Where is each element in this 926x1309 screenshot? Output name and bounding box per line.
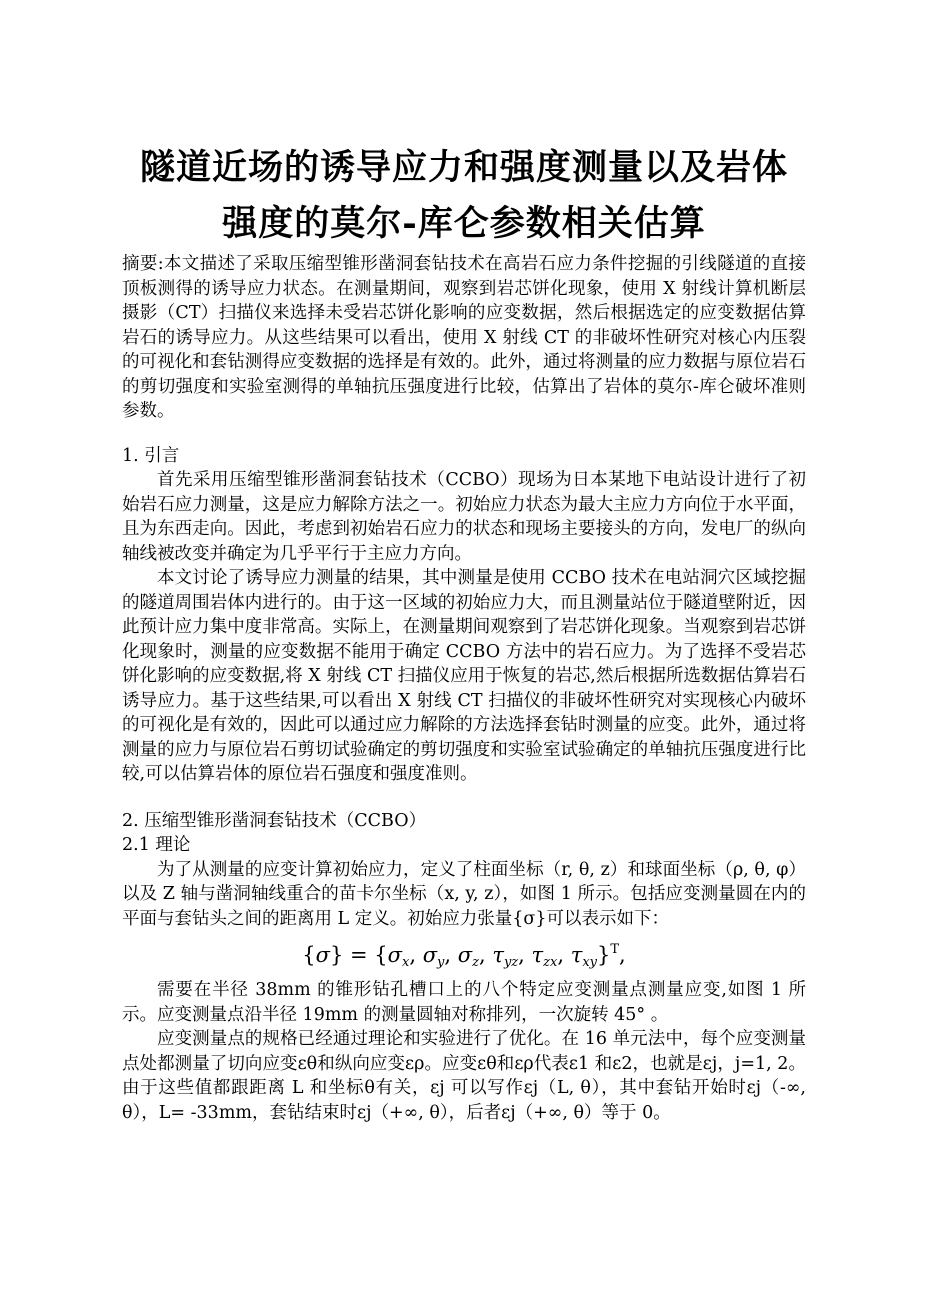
formula-term: σ — [423, 943, 437, 967]
section-2-paragraph-1: 为了从测量的应变计算初始应力，定义了柱面坐标（r, θ, z）和球面坐标（ρ, … — [122, 858, 806, 932]
formula-term: σ — [458, 943, 472, 967]
formula-separator: , — [409, 943, 422, 967]
formula-transpose: T — [610, 942, 619, 957]
section-1-heading: 1. 引言 — [122, 444, 806, 469]
formula-separator: , — [479, 943, 492, 967]
spacer — [122, 787, 806, 809]
section-2-1-heading: 2.1 理论 — [122, 833, 806, 858]
formula-trailing-comma: , — [619, 943, 626, 967]
formula-sigma-lhs: σ — [316, 943, 330, 967]
spacer — [122, 424, 806, 444]
formula-term: τ — [492, 943, 504, 967]
section-2-paragraph-2: 需要在半径 38mm 的锥形钻孔槽口上的八个特定应变测量点测量应变,如图 1 所… — [122, 978, 806, 1027]
formula-term-subscript: z — [472, 955, 479, 970]
section-2-heading: 2. 压缩型锥形凿洞套钻技术（CCBO） — [122, 809, 806, 834]
document-content: 隧道近场的诱导应力和强度测量以及岩体 强度的莫尔-库仑参数相关估算 摘要:本文描… — [122, 0, 806, 1125]
formula-separator: , — [557, 943, 570, 967]
abstract-paragraph: 摘要:本文描述了采取压缩型锥形凿洞套钻技术在高岩石应力条件挖掘的引线隧道的直接顶… — [122, 252, 806, 424]
formula-term-subscript: zx — [543, 955, 557, 970]
formula-close-brace: } — [597, 943, 610, 967]
section-1-paragraph-2: 本文讨论了诱导应力测量的结果，其中测量是使用 CCBO 技术在电站洞穴区域挖掘的… — [122, 566, 806, 787]
formula-separator: , — [444, 943, 457, 967]
formula-term-subscript: xy — [582, 955, 597, 970]
formula-term: τ — [571, 943, 583, 967]
formula-open-brace: { — [302, 943, 315, 967]
section-2-paragraph-3: 应变测量点的规格已经通过理论和实验进行了优化。在 16 单元法中，每个应变测量点… — [122, 1027, 806, 1125]
formula-term: σ — [388, 943, 402, 967]
formula-separator: , — [518, 943, 531, 967]
formula-equals: } = { — [330, 943, 388, 967]
document-page: 隧道近场的诱导应力和强度测量以及岩体 强度的莫尔-库仑参数相关估算 摘要:本文描… — [0, 0, 926, 1309]
paper-title-line-2: 强度的莫尔-库仑参数相关估算 — [122, 196, 806, 252]
paper-title-line-1: 隧道近场的诱导应力和强度测量以及岩体 — [122, 140, 806, 196]
section-1-paragraph-1: 首先采用压缩型锥形凿洞套钻技术（CCBO）现场为日本某地下电站设计进行了初始岩石… — [122, 468, 806, 566]
paper-title: 隧道近场的诱导应力和强度测量以及岩体 强度的莫尔-库仑参数相关估算 — [122, 140, 806, 252]
formula-term-subscript: yz — [504, 955, 518, 970]
formula-term: τ — [532, 943, 544, 967]
initial-stress-tensor-formula: {σ} = {σx, σy, σz, τyz, τzx, τxy}T, — [122, 937, 806, 973]
